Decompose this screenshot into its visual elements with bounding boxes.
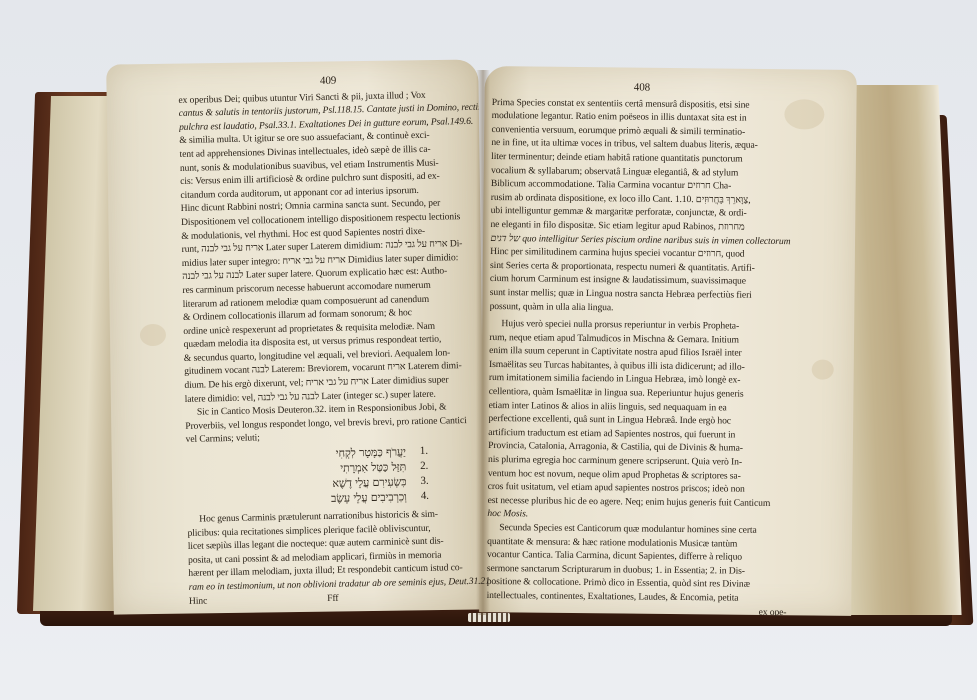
verse-number: 2.: [420, 459, 428, 474]
verse-number: 3.: [420, 474, 428, 489]
left-page-text: 409 ex operibus Dei; quibus utuntur Viri…: [178, 72, 489, 608]
signature-mark: Fff: [327, 591, 339, 605]
hebrew-text: וְכִרְבִיבִים עֲלֵי עֵשֶׂב: [297, 489, 407, 506]
catchword: Hinc: [189, 594, 208, 608]
right-page-text: 408 Prima Species constat ex sententiis …: [486, 80, 792, 619]
verse-number: 1.: [420, 444, 428, 459]
hebrew-verses: יַעֲרֹף כַּמָּטָר לִקְחִי1. תִּזַּל כַּט…: [186, 443, 487, 509]
foxing-spot: [812, 360, 834, 380]
book-photo: 409 ex operibus Dei; quibus utuntur Viri…: [0, 0, 977, 700]
foxing-spot: [140, 324, 166, 346]
page-number-408: 408: [492, 80, 792, 97]
verse-number: 4.: [421, 489, 429, 504]
